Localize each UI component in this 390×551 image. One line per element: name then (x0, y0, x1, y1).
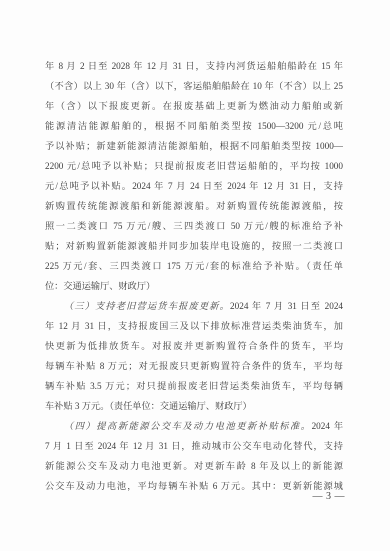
body-segment: 快更新为低排放货车。对报废并更新购置符合条件的货车，平均 (45, 341, 343, 351)
text-line: 辆车补贴 3.5 万元；对只提前报废老旧营运类柴油货车，平均每辆 (45, 376, 343, 396)
body-segment: 新能源公交车及动力电池更新。对更新车龄 8 年及以上的新能源 (45, 461, 343, 471)
body-segment: 每辆车补贴 8 万元；对无报废只更新购置符合条件的货车，平均每 (45, 361, 343, 371)
text-line: 车补贴 3 万元。（责任单位：交通运输厅、财政厅） (45, 396, 343, 416)
text-line: 元/总吨予以补贴。2024 年 7 月 24 日至 2024 年 12 月 31… (45, 176, 343, 196)
heading-segment: （三）支持老旧营运货车报废更新。 (64, 301, 230, 311)
text-line: 年（含）以下报废更新。在报废基础上更新为燃油动力船舶或新 (45, 96, 343, 116)
text-line: 7 月 1 日至 2024 年 12 月 31 日，推动城市公交车电动化替代，支… (45, 436, 343, 456)
page-number: — 3 — (45, 489, 345, 505)
text-line: 每辆车补贴 8 万元；对无报废只更新购置符合条件的货车，平均每 (45, 356, 343, 376)
text-line: （四）提高新能源公交车及动力电池更新补贴标准。2024 年 (45, 416, 343, 436)
body-segment: 2024 年 7 月 31 日至 2024 (230, 301, 343, 311)
body-segment: 2024 年 (312, 421, 343, 431)
text-line: 年 12 月 31 日，支持报废国三及以下排放标准营运类柴油货车，加 (45, 316, 343, 336)
text-line: 贴；对新购置新能源渡船并同步加装岸电设施的，按照一二类渡口 (45, 236, 343, 256)
body-segment: 年 12 月 31 日，支持报废国三及以下排放标准营运类柴油货车，加 (45, 321, 343, 331)
body-segment: 225 万元/套、三四类渡口 175 万元/套的标准给予补贴。（责任单 (45, 261, 343, 271)
text-line: 予以补贴；新建新能源清洁能源船舶，根据不同船舶类型按 1000— (45, 136, 343, 156)
text-line: 新能源公交车及动力电池更新。对更新车龄 8 年及以上的新能源 (45, 456, 343, 476)
body-segment: 2200 元/总吨予以补贴；只提前报废老旧营运船舶的，平均按 1000 (45, 161, 343, 171)
text-line: 能源清洁能源船舶的，根据不同船舶类型按 1500—3200 元/总吨 (45, 116, 343, 136)
document-body: 年 8 月 2 日至 2028 年 12 月 31 日，支持内河货运船舶船龄在 … (45, 56, 343, 496)
text-line: 位：交通运输厅、财政厅） (45, 276, 343, 296)
body-segment: 车补贴 3 万元。（责任单位：交通运输厅、财政厅） (45, 401, 252, 411)
text-line: （三）支持老旧营运货车报废更新。2024 年 7 月 31 日至 2024 (45, 296, 343, 316)
body-segment: 贴；对新购置新能源渡船并同步加装岸电设施的，按照一二类渡口 (45, 241, 343, 251)
body-segment: 照一二类渡口 75 万元/艘、三四类渡口 50 万元/艘的标准给予补 (45, 221, 343, 231)
body-segment: 元/总吨予以补贴。2024 年 7 月 24 日至 2024 年 12 月 31… (45, 181, 343, 191)
text-line: 照一二类渡口 75 万元/艘、三四类渡口 50 万元/艘的标准给予补 (45, 216, 343, 236)
body-segment: 辆车补贴 3.5 万元；对只提前报废老旧营运类柴油货车，平均每辆 (45, 381, 343, 391)
body-segment: 新购置传统能源渡船和新能源渡船。对新购置传统能源渡船，按 (45, 201, 343, 211)
body-segment: 7 月 1 日至 2024 年 12 月 31 日，推动城市公交车电动化替代，支… (45, 441, 343, 451)
heading-segment: （四）提高新能源公交车及动力电池更新补贴标准。 (64, 421, 312, 431)
text-line: 快更新为低排放货车。对报废并更新购置符合条件的货车，平均 (45, 336, 343, 356)
document-page: 年 8 月 2 日至 2028 年 12 月 31 日，支持内河货运船舶船龄在 … (0, 0, 390, 551)
text-line: 年 8 月 2 日至 2028 年 12 月 31 日，支持内河货运船舶船龄在 … (45, 56, 343, 76)
text-line: 225 万元/套、三四类渡口 175 万元/套的标准给予补贴。（责任单 (45, 256, 343, 276)
body-segment: 年 8 月 2 日至 2028 年 12 月 31 日，支持内河货运船舶船龄在 … (45, 61, 343, 71)
body-segment: 位：交通运输厅、财政厅） (45, 281, 155, 291)
text-line: 新购置传统能源渡船和新能源渡船。对新购置传统能源渡船，按 (45, 196, 343, 216)
body-segment: （不含）以上 30 年（含）以下，客运船舶船龄在 10 年（不含）以上 25 (45, 81, 343, 91)
body-segment: 能源清洁能源船舶的，根据不同船舶类型按 1500—3200 元/总吨 (45, 121, 343, 131)
text-line: （不含）以上 30 年（含）以下，客运船舶船龄在 10 年（不含）以上 25 (45, 76, 343, 96)
body-segment: 年（含）以下报废更新。在报废基础上更新为燃油动力船舶或新 (45, 101, 343, 111)
body-segment: 予以补贴；新建新能源清洁能源船舶，根据不同船舶类型按 1000— (45, 141, 343, 151)
text-line: 2200 元/总吨予以补贴；只提前报废老旧营运船舶的，平均按 1000 (45, 156, 343, 176)
